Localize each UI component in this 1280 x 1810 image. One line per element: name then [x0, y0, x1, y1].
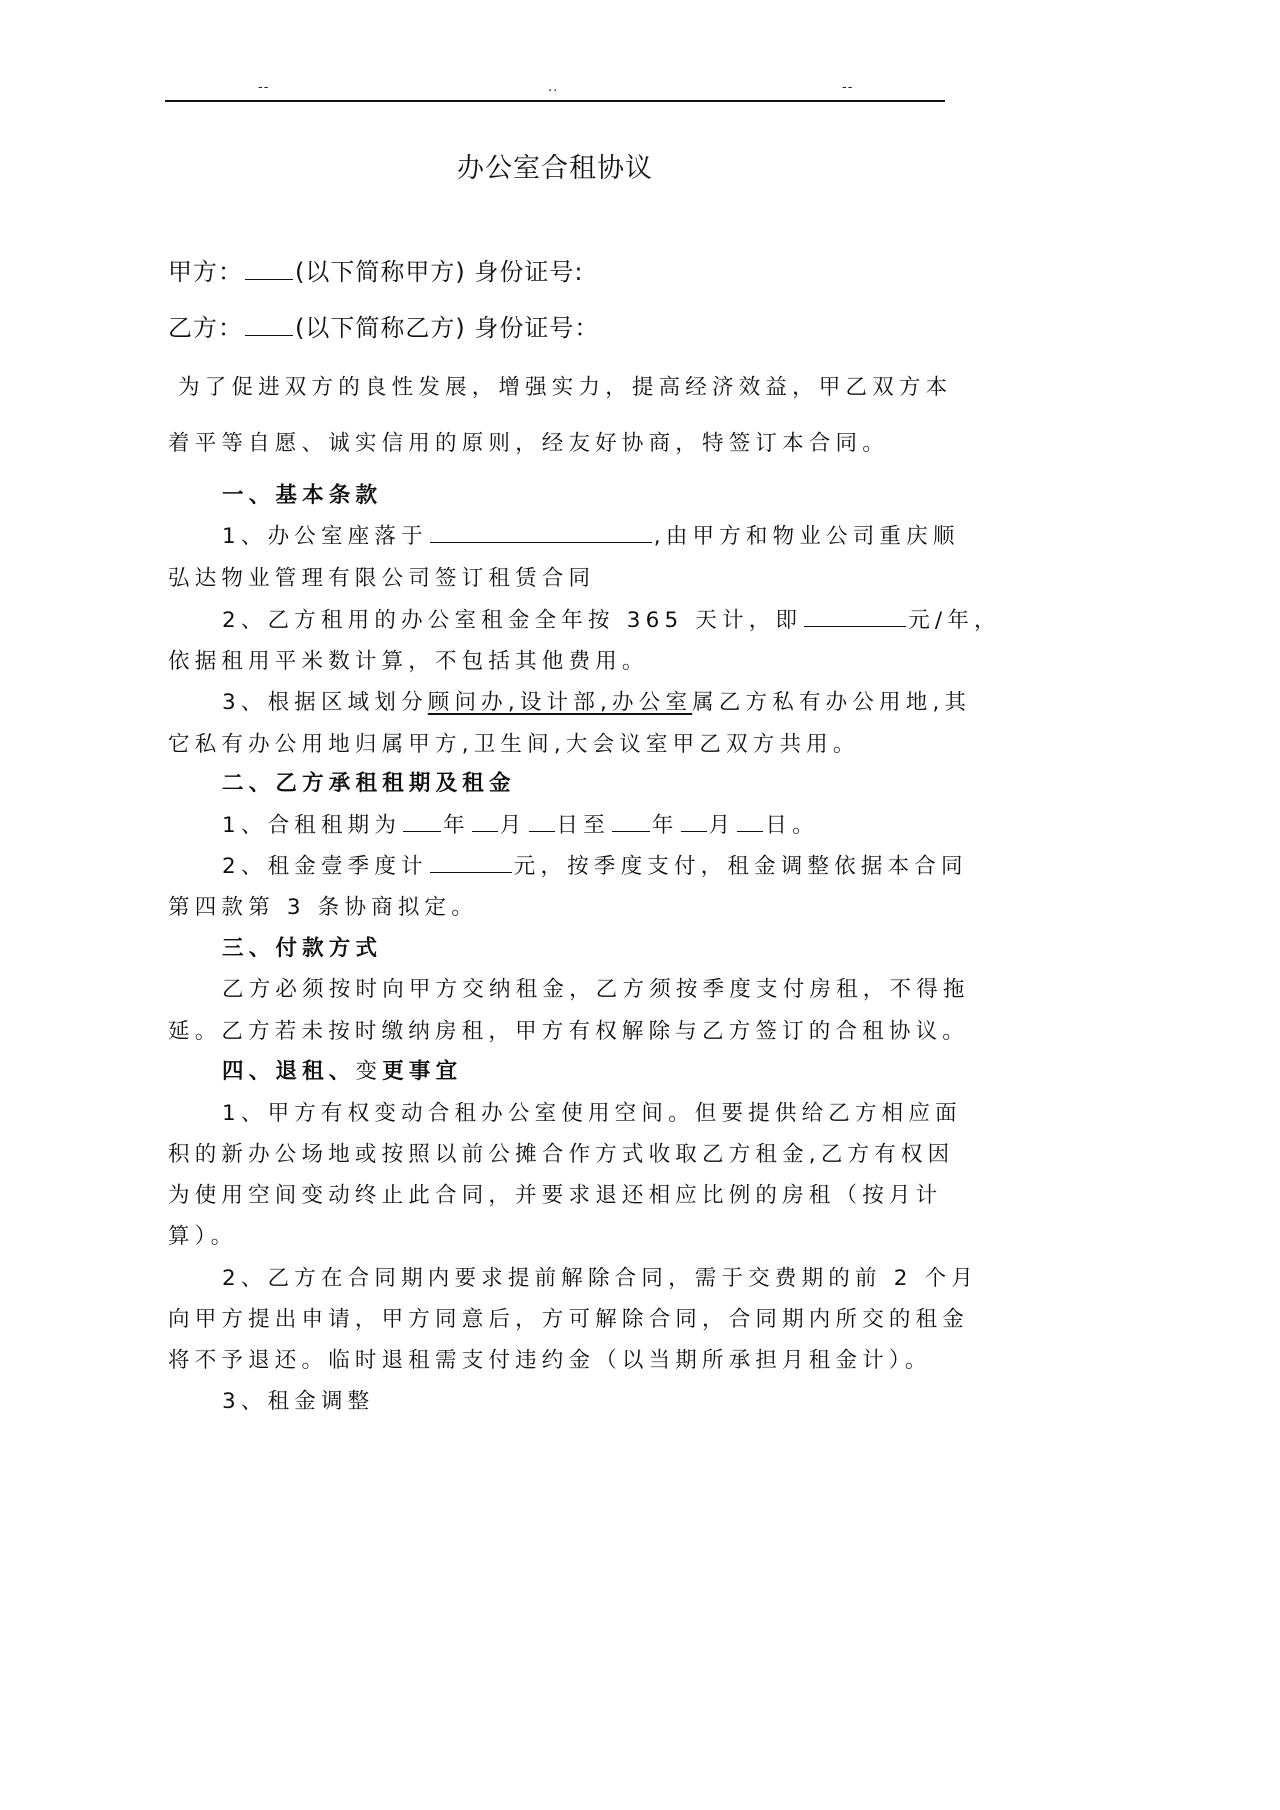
clause-text: 元，按季度支付，租金调整依据本合同	[514, 854, 968, 879]
clause-text: 月	[500, 813, 527, 838]
section-3-line-1: 乙方必须按时向甲方交纳租金，乙方须按季度支付房租，不得拖	[222, 972, 970, 1003]
clause-text: 年	[443, 813, 470, 838]
section-1-clause-1-cont: 弘达物业管理有限公司签订租赁合同	[168, 561, 595, 592]
underlined-areas: 顾问办,设计部,办公室	[428, 690, 692, 715]
party-b-suffix: (以下简称乙方) 身份证号：	[295, 314, 599, 342]
party-a-suffix: (以下简称甲方) 身份证号:	[295, 258, 583, 286]
office-location-blank	[430, 541, 652, 543]
section-2-clause-2: 2、租金壹季度计元，按季度支付，租金调整依据本合同	[222, 849, 968, 880]
clause-text: ,由甲方和物业公司重庆顺	[654, 524, 960, 549]
section-1-clause-3-cont: 它私有办公用地归属甲方,卫生间,大会议室甲乙双方共用。	[168, 727, 860, 758]
preamble-line-2: 着平等自愿、诚实信用的原则，经友好协商，特签订本合同。	[168, 426, 889, 457]
section-1-heading-rest: 条款	[329, 483, 382, 508]
start-month-blank	[472, 830, 498, 832]
section-1-clause-3: 3、根据区域划分顾问办,设计部,办公室属乙方私有办公用地,其	[222, 685, 971, 716]
section-4-clause-2-line-3: 将不予退还。临时退租需支付违约金（以当期所承担月租金计）。	[168, 1343, 932, 1374]
clause-text: 2、乙方租用的办公室租金全年按 365 天计，即	[222, 608, 802, 633]
section-1-clause-2-cont: 依据租用平米数计算，不包括其他费用。	[168, 644, 649, 675]
start-day-blank	[529, 830, 555, 832]
clause-text: 月	[709, 813, 736, 838]
header-rule	[165, 100, 945, 102]
clause-text: 年	[652, 813, 679, 838]
section-1-heading-bold: 一、基本	[222, 483, 329, 508]
header-left-mark: --	[258, 80, 269, 95]
end-year-blank	[612, 830, 650, 832]
end-day-blank	[737, 830, 763, 832]
party-a-label: 甲方：	[168, 258, 243, 286]
section-4-heading: 四、退租、变更事宜	[222, 1054, 462, 1085]
clause-text: 日至	[557, 813, 610, 838]
end-month-blank	[681, 830, 707, 832]
section-4-clause-2-line-1: 2、乙方在合同期内要求提前解除合同，需于交费期的前 2 个月	[222, 1261, 978, 1292]
section-4-clause-1-line-3: 为使用空间变动终止此合同，并要求退还相应比例的房租（按月计	[168, 1178, 942, 1209]
section-1-clause-2: 2、乙方租用的办公室租金全年按 365 天计，即元/年，	[222, 603, 1001, 634]
party-a-line: 甲方：(以下简称甲方) 身份证号:	[168, 252, 583, 287]
section-2-clause-2-cont: 第四款第 3 条协商拟定。	[168, 890, 478, 921]
section-4-clause-1-line-2: 积的新办公场地或按照以前公摊合作方式收取乙方租金,乙方有权因	[168, 1137, 954, 1168]
section-4-clause-1-line-1: 1、甲方有权变动合租办公室使用空间。但要提供给乙方相应面	[222, 1096, 962, 1127]
preamble-line-1: 为了促进双方的良性发展，增强实力，提高经济效益，甲乙双方本	[178, 370, 952, 401]
clause-text: 1、办公室座落于	[222, 524, 428, 549]
section-3-line-2: 延。乙方若未按时缴纳房租，甲方有权解除与乙方签订的合租协议。	[168, 1014, 969, 1045]
header-right-mark: --	[842, 80, 853, 95]
clause-text: 1、合租租期为	[222, 813, 401, 838]
heading-text: 更事宜	[382, 1059, 462, 1084]
document-title: 办公室合租协议	[0, 146, 1110, 185]
section-4-clause-2-line-2: 向甲方提出申请，甲方同意后，方可解除合同，合同期内所交的租金	[168, 1302, 969, 1333]
section-2-heading: 二、乙方承租租期及租金	[222, 766, 516, 797]
clause-text: 属乙方私有办公用地,其	[692, 690, 971, 715]
heading-text: 变	[356, 1059, 383, 1084]
clause-text: 2、租金壹季度计	[222, 854, 428, 879]
section-1-heading: 一、基本条款	[222, 478, 382, 509]
clause-text: 日。	[765, 813, 818, 838]
annual-rent-blank	[804, 625, 906, 627]
start-year-blank	[403, 830, 441, 832]
section-3-heading: 三、付款方式	[222, 931, 382, 962]
clause-text: 元/年，	[908, 608, 1001, 633]
section-4-clause-1-line-4: 算）。	[168, 1219, 237, 1250]
party-a-name-blank	[245, 278, 293, 280]
quarterly-rent-blank	[430, 871, 512, 873]
document-page: -- .. -- 办公室合租协议 甲方：(以下简称甲方) 身份证号: 乙方：(以…	[0, 0, 1280, 1810]
header-center-mark: ..	[548, 80, 558, 95]
party-b-label: 乙方：	[168, 314, 243, 342]
party-b-name-blank	[245, 334, 293, 336]
section-2-clause-1: 1、合租租期为年月日至年月日。	[222, 808, 819, 839]
clause-text: 3、根据区域划分	[222, 690, 428, 715]
section-4-clause-3-line-1: 3、租金调整	[222, 1384, 374, 1415]
heading-text: 四、退租、	[222, 1059, 356, 1084]
section-1-clause-1: 1、办公室座落于,由甲方和物业公司重庆顺	[222, 519, 960, 550]
party-b-line: 乙方：(以下简称乙方) 身份证号：	[168, 308, 599, 343]
